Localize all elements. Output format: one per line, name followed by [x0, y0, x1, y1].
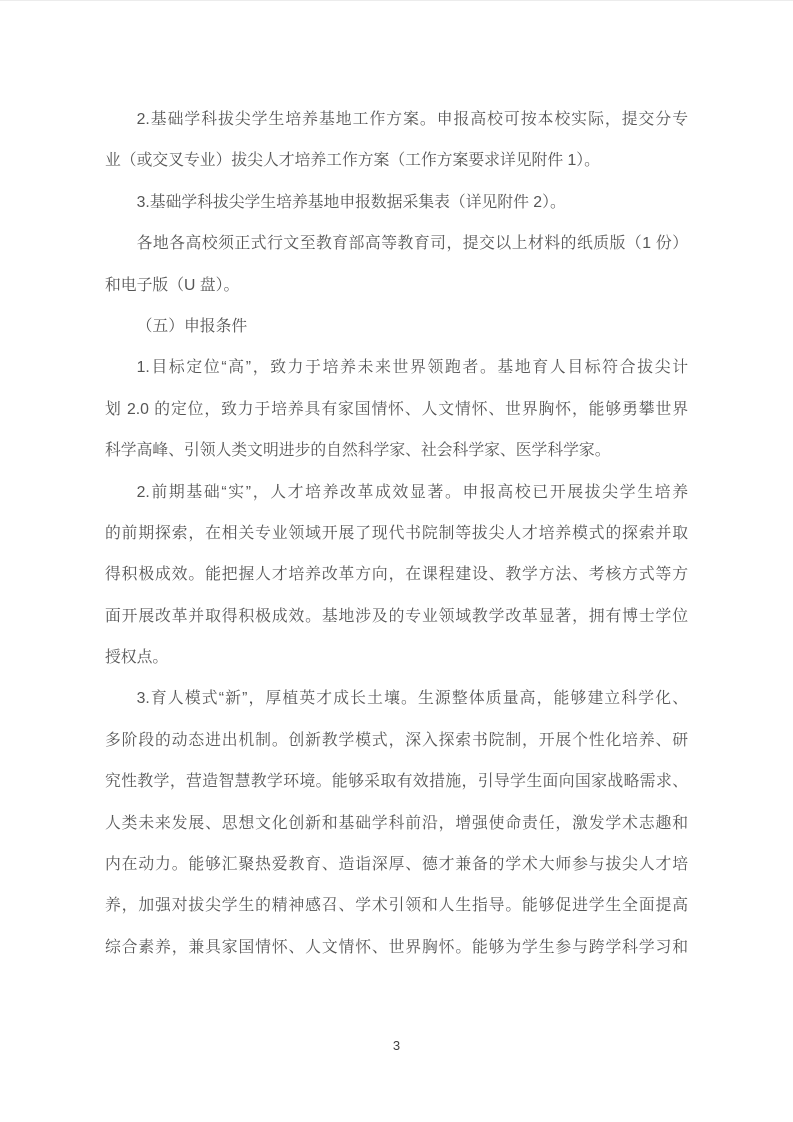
text-line: 内在动力。能够汇聚热爱教育、造诣深厚、德才兼备的学术大师参与拔尖人才培 — [105, 844, 688, 885]
text-line: 划 2.0 的定位，致力于培养具有家国情怀、人文情怀、世界胸怀，能够勇攀世界 — [105, 389, 688, 430]
text-line: 的前期探索，在相关专业领域开展了现代书院制等拔尖人才培养模式的探索并取 — [105, 513, 688, 554]
text-line: 人类未来发展、思想文化创新和基础学科前沿，增强使命责任，激发学术志趣和 — [105, 803, 688, 844]
text-line: 科学高峰、引领人类文明进步的自然科学家、社会科学家、医学科学家。 — [105, 430, 688, 471]
text-line: 3.基础学科拔尖学生培养基地申报数据采集表（详见附件 2）。 — [105, 182, 688, 223]
text-line: 各地各高校须正式行文至教育部高等教育司，提交以上材料的纸质版（1 份） — [105, 223, 688, 264]
text-line: 3.育人模式“新”，厚植英才成长土壤。生源整体质量高，能够建立科学化、 — [105, 678, 688, 719]
text-line: 2.前期基础“实”，人才培养改革成效显著。申报高校已开展拔尖学生培养 — [105, 472, 688, 513]
text-line: 综合素养，兼具家国情怀、人文情怀、世界胸怀。能够为学生参与跨学科学习和 — [105, 927, 688, 968]
text-line: 2.基础学科拔尖学生培养基地工作方案。申报高校可按本校实际，提交分专 — [105, 99, 688, 140]
document-page: 2.基础学科拔尖学生培养基地工作方案。申报高校可按本校实际，提交分专 业（或交叉… — [0, 0, 793, 1122]
text-line: 业（或交叉专业）拔尖人才培养工作方案（工作方案要求详见附件 1）。 — [105, 140, 688, 181]
page-number: 3 — [105, 1034, 688, 1058]
text-line: 究性教学，营造智慧教学环境。能够采取有效措施，引导学生面向国家战略需求、 — [105, 761, 688, 802]
document-body: 2.基础学科拔尖学生培养基地工作方案。申报高校可按本校实际，提交分专 业（或交叉… — [105, 99, 688, 968]
text-line: 养，加强对拔尖学生的精神感召、学术引领和人生指导。能够促进学生全面提高 — [105, 885, 688, 926]
text-line: 和电子版（U 盘）。 — [105, 265, 688, 306]
section-heading: （五）申报条件 — [105, 306, 688, 347]
text-line: 面开展改革并取得积极成效。基地涉及的专业领域教学改革显著，拥有博士学位 — [105, 596, 688, 637]
text-line: 多阶段的动态进出机制。创新教学模式，深入探索书院制，开展个性化培养、研 — [105, 720, 688, 761]
text-line: 1.目标定位“高”，致力于培养未来世界领跑者。基地育人目标符合拔尖计 — [105, 347, 688, 388]
text-line: 得积极成效。能把握人才培养改革方向，在课程建设、教学方法、考核方式等方 — [105, 554, 688, 595]
text-line: 授权点。 — [105, 637, 688, 678]
